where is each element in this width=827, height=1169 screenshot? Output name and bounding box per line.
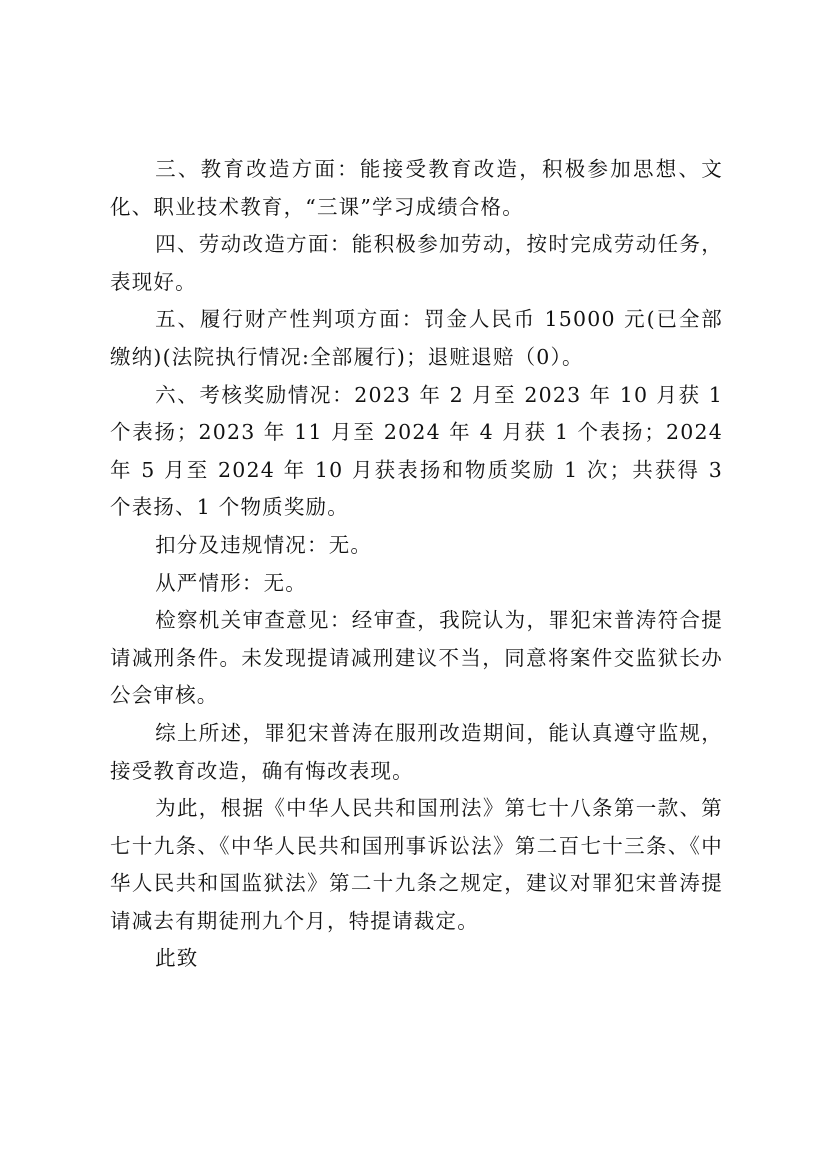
paragraph-rewards: 六、考核奖励情况：2023 年 2 月至 2023 年 10 月获 1 个表扬；… xyxy=(110,377,723,527)
paragraph-closing: 此致 xyxy=(110,940,723,978)
document-page: 三、教育改造方面：能接受教育改造，积极参加思想、文化、职业技术教育，“三课”学习… xyxy=(110,151,723,978)
paragraph-deductions: 扣分及违规情况：无。 xyxy=(110,527,723,565)
paragraph-labor-reform: 四、劳动改造方面：能积极参加劳动，按时完成劳动任务，表现好。 xyxy=(110,226,723,301)
paragraph-procuratorate-opinion: 检察机关审查意见：经审查，我院认为，罪犯宋普涛符合提请减刑条件。未发现提请减刑建… xyxy=(110,602,723,715)
paragraph-summary: 综上所述，罪犯宋普涛在服刑改造期间，能认真遵守监规，接受教育改造，确有悔改表现。 xyxy=(110,715,723,790)
paragraph-legal-basis: 为此，根据《中华人民共和国刑法》第七十八条第一款、第七十九条、《中华人民共和国刑… xyxy=(110,790,723,940)
paragraph-property-judgment: 五、履行财产性判项方面：罚金人民币 15000 元(已全部缴纳)(法院执行情况:… xyxy=(110,301,723,376)
paragraph-education-reform: 三、教育改造方面：能接受教育改造，积极参加思想、文化、职业技术教育，“三课”学习… xyxy=(110,151,723,226)
paragraph-strict-circumstances: 从严情形：无。 xyxy=(110,565,723,603)
